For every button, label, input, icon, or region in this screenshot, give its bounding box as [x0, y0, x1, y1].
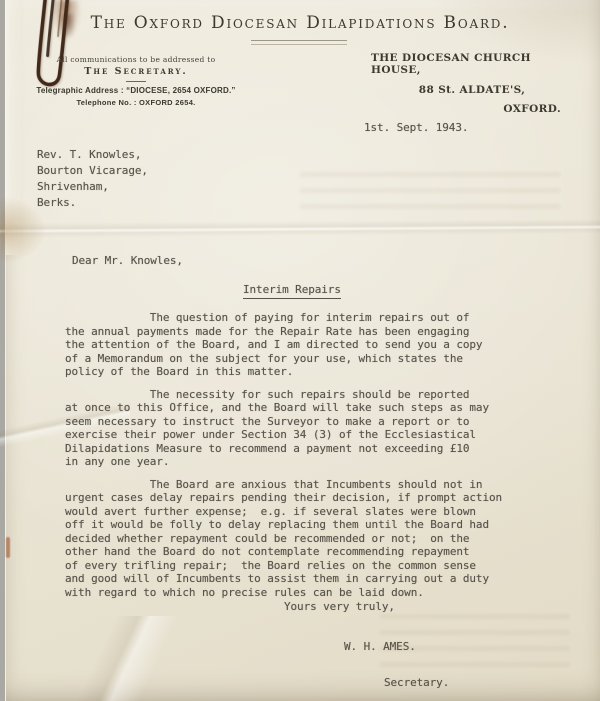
- salutation: Dear Mr. Knowles,: [72, 254, 183, 267]
- recipient-address: Rev. T. Knowles, Bourton Vicarage, Shriv…: [37, 147, 148, 211]
- letter-paragraph-3: The Board are anxious that Incumbents sh…: [65, 478, 527, 600]
- title-divider-rule: [251, 40, 347, 45]
- subject-heading: Interim Repairs: [243, 283, 341, 299]
- letterhead-contact-block: All communications to be addressed to Th…: [30, 55, 242, 107]
- letterhead-title: The Oxford Diocesan Dilapidations Board.: [0, 13, 600, 33]
- contact-divider-dash: [126, 81, 146, 82]
- scanned-letter: The Oxford Diocesan Dilapidations Board.…: [0, 0, 600, 701]
- letter-date: 1st. Sept. 1943.: [364, 121, 468, 134]
- signature-title: Secretary.: [384, 676, 449, 689]
- address-line-3: OXFORD.: [371, 103, 573, 115]
- telegraphic-address-line: Telegraphic Address : “DIOCESE, 2654 OXF…: [30, 86, 242, 95]
- letter-body: The question of paying for interim repai…: [65, 311, 527, 608]
- signature-name: W. H. AMES.: [344, 640, 416, 653]
- contact-secretary-line: The Secretary.: [30, 66, 242, 77]
- address-line-2: 88 St. ALDATE'S,: [371, 84, 573, 96]
- contact-addressed-line: All communications to be addressed to: [30, 55, 242, 64]
- letter-paragraph-2: The necessity for such repairs should be…: [65, 388, 527, 469]
- telephone-line: Telephone No. : OXFORD 2654.: [30, 98, 242, 107]
- address-line-1: THE DIOCESAN CHURCH HOUSE,: [371, 52, 573, 76]
- letter-paragraph-1: The question of paying for interim repai…: [65, 311, 527, 379]
- closing-line: Yours very truly,: [284, 600, 395, 613]
- paper-edge-highlight: [5, 0, 21, 255]
- letterhead-address-block: THE DIOCESAN CHURCH HOUSE, 88 St. ALDATE…: [371, 52, 573, 115]
